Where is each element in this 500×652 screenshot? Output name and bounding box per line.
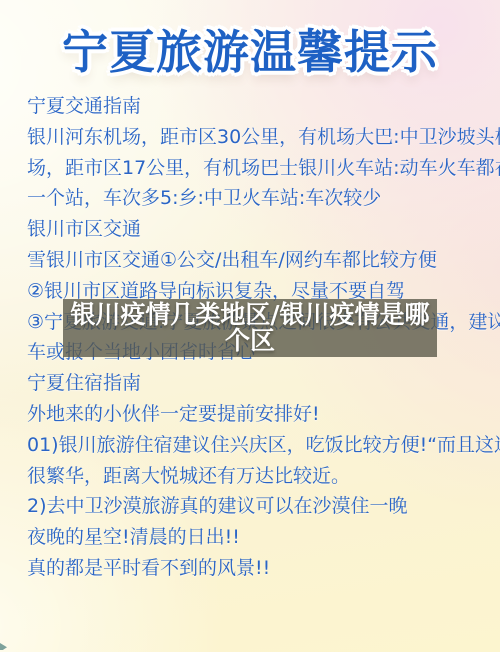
- travel-tips-poster: 宁夏旅游温馨提示 宁夏交通指南 银川河东机场，距市区30公里，有机场大巴:中卫沙…: [0, 0, 500, 652]
- text-line: 真的都是平时看不到的风景!!: [27, 553, 486, 584]
- text-line: 夜晚的星空!清晨的日出!!: [27, 522, 486, 553]
- text-line: 2)去中卫沙漠旅游真的建议可以在沙漠住一晚: [27, 491, 486, 522]
- text-line: 01)银川旅游住宿建议住兴庆区，吃饭比较方便!“而且这边: [27, 430, 486, 461]
- text-line: 一个站，车次多5:乡:中卫火车站:车次较少: [27, 183, 486, 214]
- poster-title: 宁夏旅游温馨提示: [0, 16, 500, 82]
- section-heading-transport: 宁夏交通指南: [27, 91, 486, 122]
- section-heading-city-transport: 银川市区交通: [27, 214, 486, 245]
- text-line: 外地来的小伙伴一定要提前安排好!: [27, 399, 486, 430]
- text-line: 很繁华，距离大悦城还有万达比较近。: [27, 461, 486, 492]
- text-line: 雪银川市区交通①公交/出租车/网约车都比较方便: [27, 245, 486, 276]
- caption-overlay-banner: 银川疫情几类地区/银川疫情是哪个区: [63, 299, 437, 357]
- section-heading-lodging: 宁夏住宿指南: [27, 368, 486, 399]
- text-line: 银川河东机场，距市区30公里，有机场大巴:中卫沙坡头机: [27, 122, 486, 153]
- corner-watermark-artifact: [0, 643, 7, 650]
- text-line: 场，距市区17公里，有机场巴士银川火车站:动车火车都在这: [27, 153, 486, 184]
